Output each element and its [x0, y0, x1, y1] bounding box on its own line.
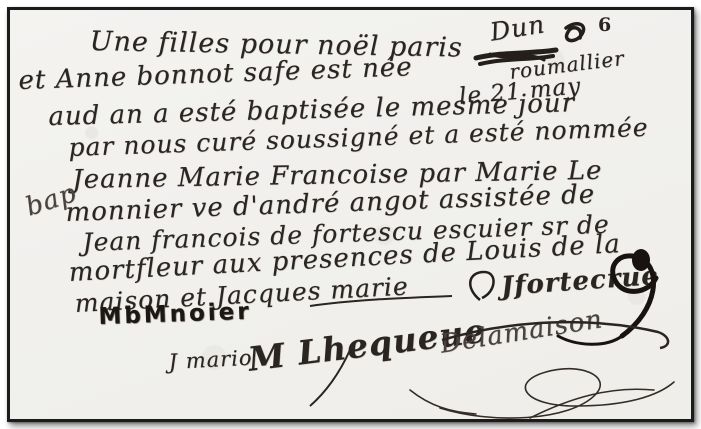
signature-fortecrue: Jfortecrue: [500, 261, 660, 302]
interline-scrawl: [566, 24, 584, 41]
page-number: 6: [598, 14, 611, 36]
bottom-flourish: [410, 369, 674, 418]
interline-insertion: Dun: [488, 10, 547, 47]
scan-border-frame: 6 Dun Une filles pour noël paris roumall…: [7, 7, 694, 422]
fortecrue-leading-paraph: [470, 272, 493, 300]
signature-jmarie: J mario: [168, 346, 253, 374]
manuscript-paper: 6 Dun Une filles pour noël paris roumall…: [10, 10, 691, 419]
scanned-document-page: 6 Dun Une filles pour noël paris roumall…: [0, 0, 701, 429]
manuscript-line: et Anne bonnot safe est née: [18, 52, 413, 96]
signature-monnoier: MbMnoier: [98, 299, 252, 330]
